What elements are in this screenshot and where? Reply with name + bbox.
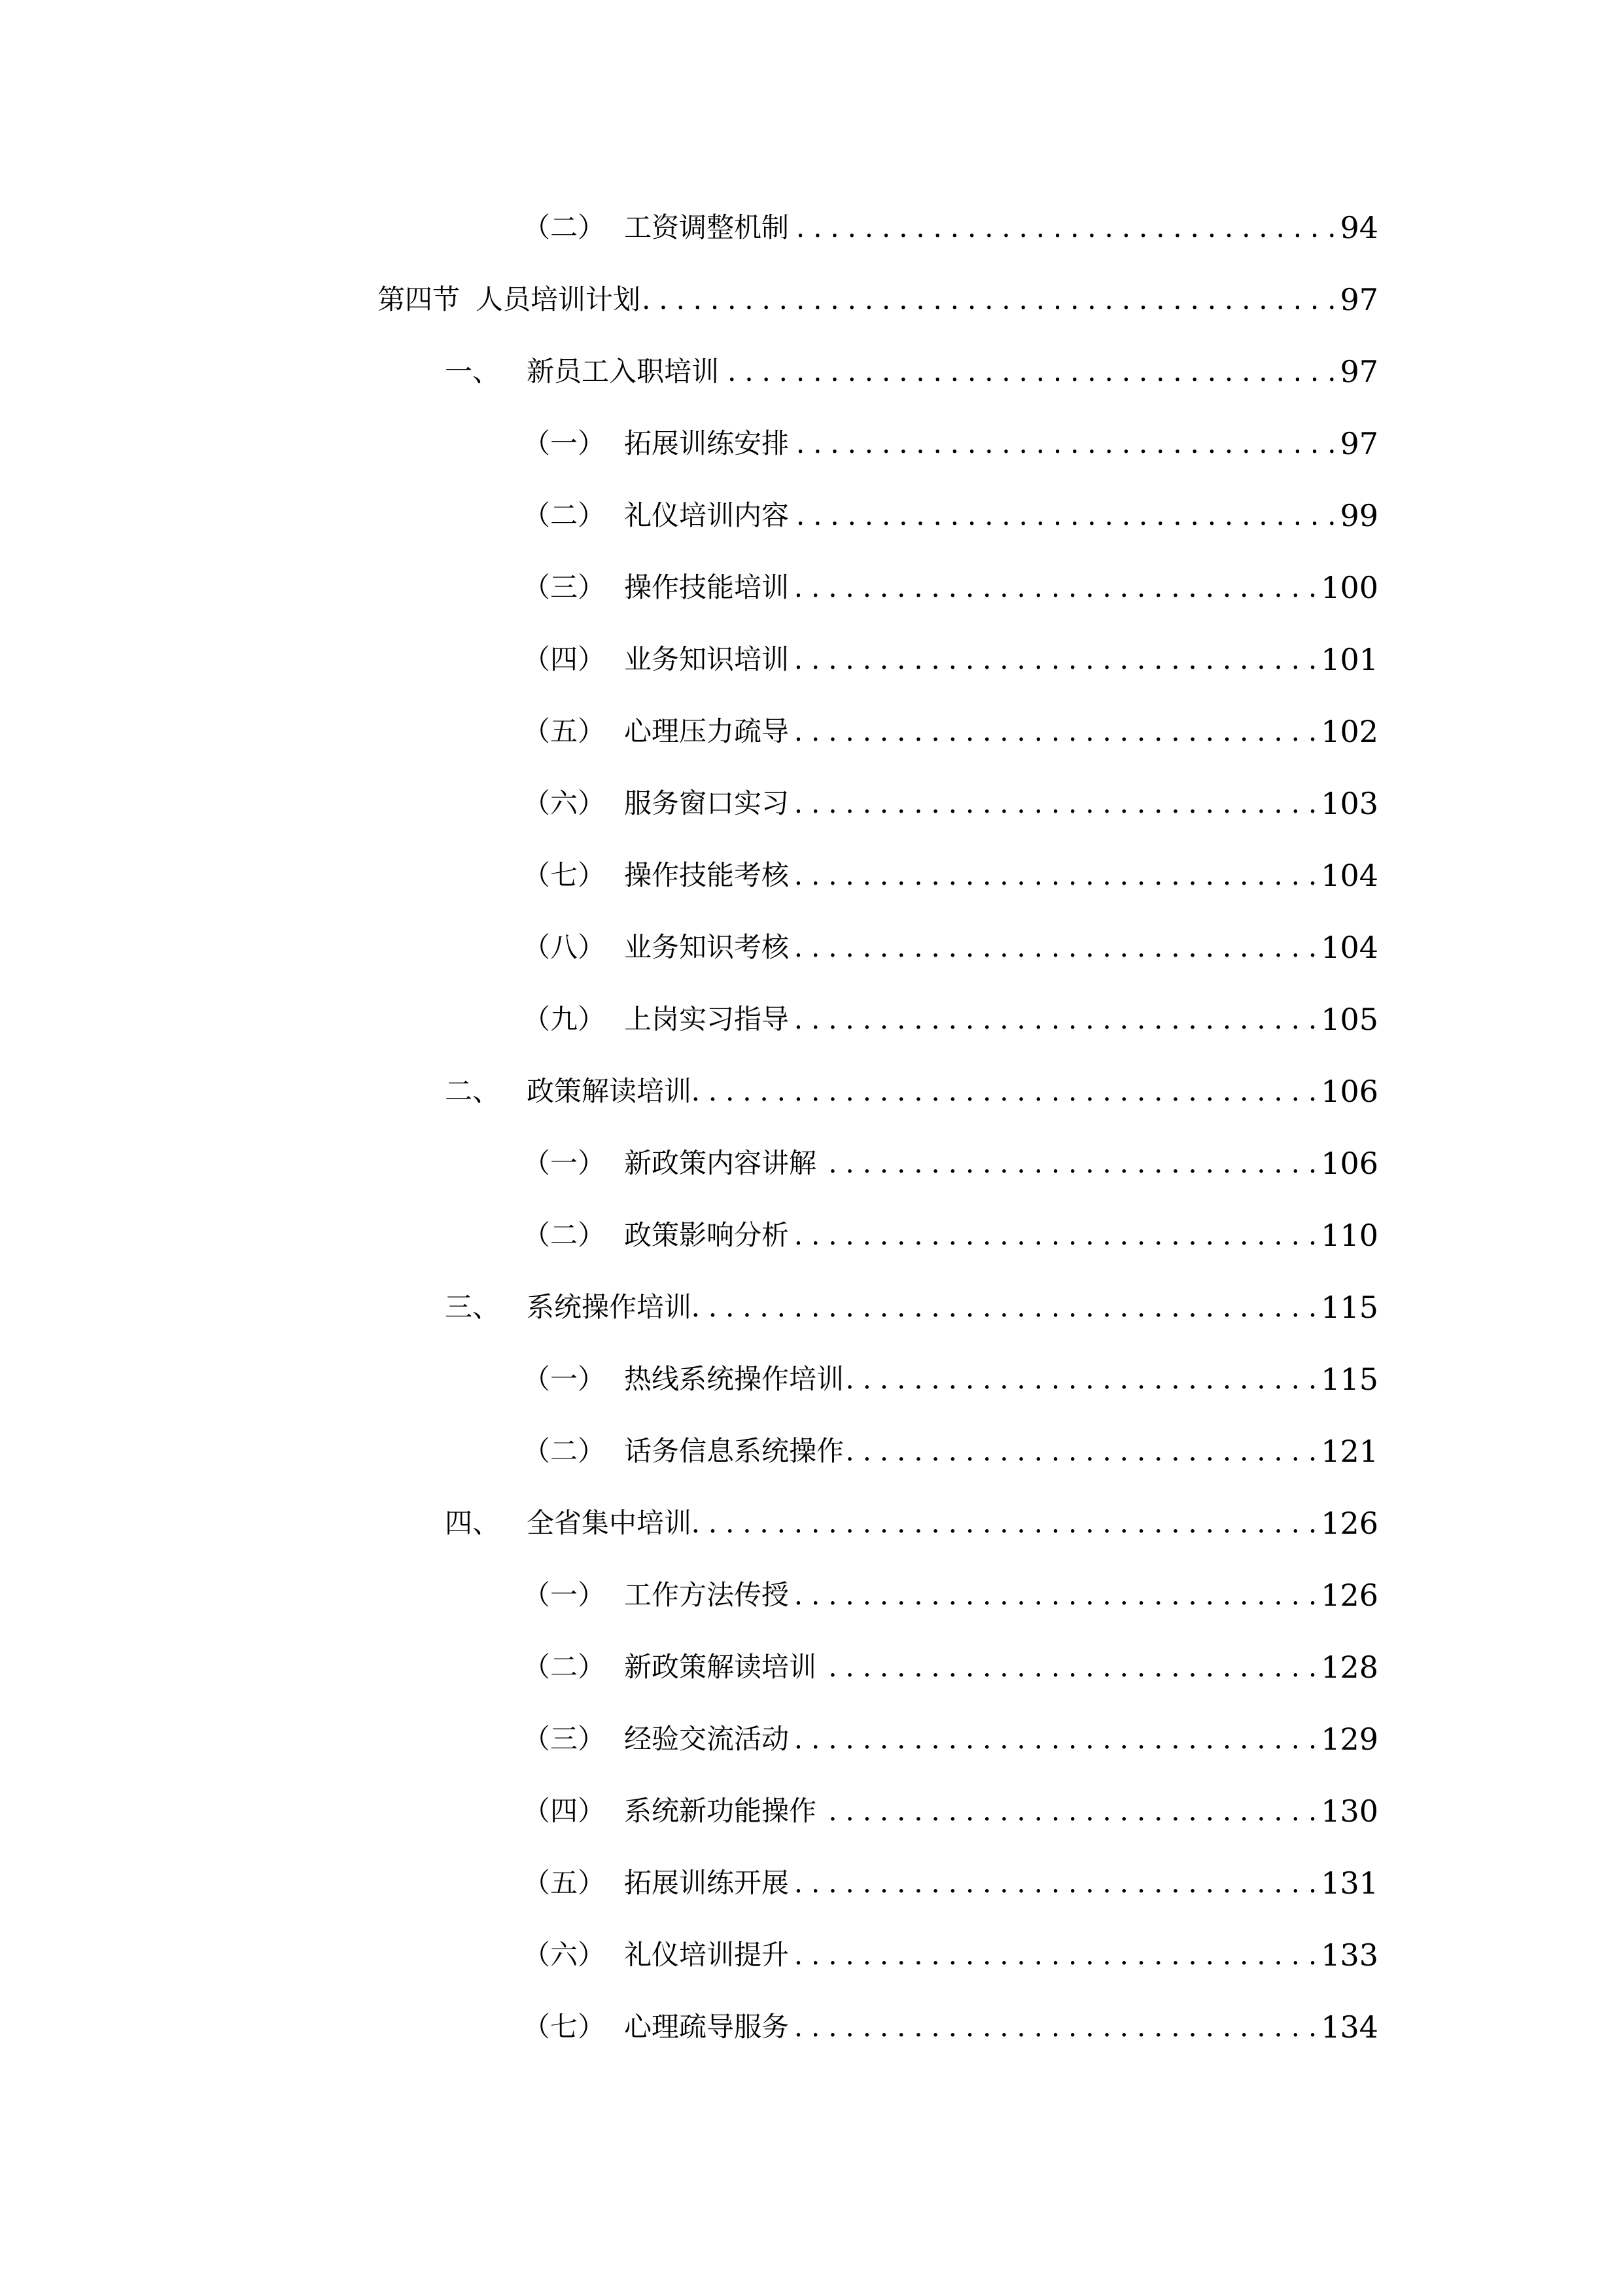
toc-entry-page: 99	[1340, 496, 1378, 535]
dot-leader	[720, 352, 1336, 391]
dot-leader	[818, 1144, 1317, 1183]
toc-entry-number: （四）	[523, 640, 624, 679]
toc-entry-page: 121	[1321, 1432, 1378, 1471]
dot-leader	[790, 1935, 1317, 1975]
toc-entry-title: 人员培训计划	[476, 280, 640, 319]
toc-entry-title: 工作方法传授	[624, 1576, 789, 1615]
toc-entry[interactable]: （一） 新政策内容讲解 106	[377, 1144, 1378, 1216]
toc-entry-number: （九）	[523, 1000, 624, 1039]
toc-entry-title: 上岗实习指导	[624, 1000, 789, 1039]
dot-leader	[642, 280, 1336, 319]
toc-entry-number: （六）	[523, 784, 624, 823]
toc-entry[interactable]: （二） 话务信息系统操作 121	[377, 1432, 1378, 1504]
dot-leader	[818, 1648, 1317, 1687]
dot-leader	[790, 2007, 1317, 2047]
toc-entry[interactable]: （三） 经验交流活动 129	[377, 1720, 1378, 1792]
dot-leader	[790, 784, 1317, 823]
toc-entry[interactable]: （五） 心理压力疏导 102	[377, 712, 1378, 784]
toc-entry-title: 系统操作培训	[527, 1288, 691, 1327]
toc-entry[interactable]: （一） 工作方法传授 126	[377, 1576, 1378, 1648]
dot-leader	[790, 496, 1336, 535]
toc-entry-title: 话务信息系统操作	[624, 1432, 844, 1471]
dot-leader	[845, 1432, 1317, 1471]
toc-entry-title: 操作技能培训	[624, 568, 789, 607]
toc-entry[interactable]: （二） 工资调整机制 94	[377, 208, 1378, 280]
toc-entry-number: （一）	[523, 1144, 624, 1183]
toc-entry-title: 拓展训练开展	[624, 1863, 789, 1903]
toc-entry[interactable]: （六） 服务窗口实习 103	[377, 784, 1378, 856]
toc-entry-page: 134	[1321, 2007, 1378, 2047]
toc-entry[interactable]: 四、 全省集中培训 126	[377, 1504, 1378, 1576]
toc-entry-page: 103	[1321, 784, 1378, 823]
dot-leader	[693, 1288, 1317, 1327]
toc-entry-number: （一）	[523, 424, 624, 463]
toc-entry-title: 工资调整机制	[624, 208, 789, 247]
dot-leader	[790, 1720, 1317, 1759]
dot-leader	[790, 1576, 1317, 1615]
dot-leader	[790, 1863, 1317, 1903]
toc-entry-title: 心理压力疏导	[624, 712, 789, 751]
toc-entry-title: 热线系统操作培训	[624, 1360, 844, 1399]
toc-entry-title: 拓展训练安排	[624, 424, 789, 463]
toc-entry-page: 128	[1321, 1648, 1378, 1687]
toc-entry-number: 二、	[445, 1072, 527, 1111]
toc-entry-title: 业务知识考核	[624, 928, 789, 967]
toc-entry[interactable]: 三、 系统操作培训 115	[377, 1288, 1378, 1360]
toc-entry-page: 97	[1340, 352, 1378, 391]
toc-entry-number: 四、	[445, 1504, 527, 1543]
toc-entry-number: （七）	[523, 856, 624, 895]
toc-entry-number: （三）	[523, 568, 624, 607]
toc-entry-page: 131	[1321, 1863, 1378, 1903]
toc-entry-page: 115	[1321, 1288, 1378, 1327]
toc-entry[interactable]: （九） 上岗实习指导 105	[377, 1000, 1378, 1072]
toc-entry[interactable]: 第四节 人员培训计划 97	[377, 280, 1378, 352]
toc-entry[interactable]: （一） 热线系统操作培训 115	[377, 1360, 1378, 1432]
toc-entry-number: （八）	[523, 928, 624, 967]
toc-entry-page: 102	[1321, 712, 1378, 751]
toc-entry-number: 第四节	[377, 280, 476, 319]
toc-entry-page: 110	[1321, 1216, 1378, 1255]
dot-leader	[790, 208, 1336, 247]
toc-entry-number: （五）	[523, 712, 624, 751]
toc-entry-number: （二）	[523, 208, 624, 247]
toc-entry[interactable]: 二、 政策解读培训 106	[377, 1072, 1378, 1144]
dot-leader	[790, 568, 1317, 607]
toc-entry-page: 101	[1321, 640, 1378, 679]
toc-entry-title: 政策影响分析	[624, 1216, 789, 1255]
dot-leader	[818, 1792, 1317, 1831]
toc-entry[interactable]: （四） 系统新功能操作 130	[377, 1792, 1378, 1863]
toc-entry-number: 三、	[445, 1288, 527, 1327]
toc-entry-title: 礼仪培训内容	[624, 496, 789, 535]
toc-entry-title: 经验交流活动	[624, 1720, 789, 1759]
dot-leader	[790, 928, 1317, 967]
toc-entry-page: 133	[1321, 1935, 1378, 1975]
toc-entry-number: 一、	[445, 352, 527, 391]
toc-entry[interactable]: （一） 拓展训练安排 97	[377, 424, 1378, 496]
toc-entry[interactable]: （五） 拓展训练开展 131	[377, 1863, 1378, 1935]
toc-entry-title: 系统新功能操作	[624, 1792, 816, 1831]
toc-entry-title: 新政策内容讲解	[624, 1144, 816, 1183]
toc-entry-number: （四）	[523, 1792, 624, 1831]
toc-entry-page: 115	[1321, 1360, 1378, 1399]
toc-entry-page: 97	[1340, 280, 1378, 319]
toc-entry-page: 94	[1340, 208, 1378, 247]
toc-entry-page: 104	[1321, 928, 1378, 967]
toc-entry-title: 政策解读培训	[527, 1072, 691, 1111]
toc-entry-page: 100	[1321, 568, 1378, 607]
toc-entry[interactable]: （二） 新政策解读培训 128	[377, 1648, 1378, 1720]
toc-entry-number: （一）	[523, 1360, 624, 1399]
toc-entry-page: 104	[1321, 856, 1378, 895]
dot-leader	[693, 1504, 1317, 1543]
dot-leader	[790, 856, 1317, 895]
table-of-contents: （二） 工资调整机制 94 第四节 人员培训计划 97 一、 新员工入职培训 9…	[377, 208, 1378, 2079]
toc-entry-title: 礼仪培训提升	[624, 1935, 789, 1975]
toc-entry-page: 106	[1321, 1072, 1378, 1111]
toc-entry-title: 新政策解读培训	[624, 1648, 816, 1687]
dot-leader	[790, 712, 1317, 751]
toc-entry-title: 全省集中培训	[527, 1504, 691, 1543]
dot-leader	[693, 1072, 1317, 1111]
toc-entry-title: 服务窗口实习	[624, 784, 789, 823]
toc-entry[interactable]: （二） 政策影响分析 110	[377, 1216, 1378, 1288]
toc-entry[interactable]: （三） 操作技能培训 100	[377, 568, 1378, 640]
toc-entry[interactable]: （七） 心理疏导服务 134	[377, 2007, 1378, 2079]
toc-entry-page: 105	[1321, 1000, 1378, 1039]
dot-leader	[845, 1360, 1317, 1399]
toc-entry-number: （二）	[523, 1432, 624, 1471]
toc-entry-number: （三）	[523, 1720, 624, 1759]
toc-entry-title: 业务知识培训	[624, 640, 789, 679]
toc-entry-page: 106	[1321, 1144, 1378, 1183]
toc-entry[interactable]: （八） 业务知识考核 104	[377, 928, 1378, 1000]
toc-entry-number: （二）	[523, 496, 624, 535]
dot-leader	[790, 1216, 1317, 1255]
toc-entry-page: 126	[1321, 1576, 1378, 1615]
toc-entry-number: （七）	[523, 2007, 624, 2047]
dot-leader	[790, 1000, 1317, 1039]
toc-entry[interactable]: （二） 礼仪培训内容 99	[377, 496, 1378, 568]
toc-entry-page: 129	[1321, 1720, 1378, 1759]
toc-entry-page: 126	[1321, 1504, 1378, 1543]
toc-entry-title: 新员工入职培训	[527, 352, 719, 391]
toc-entry-page: 97	[1340, 424, 1378, 463]
toc-entry-page: 130	[1321, 1792, 1378, 1831]
toc-entry[interactable]: （六） 礼仪培训提升 133	[377, 1935, 1378, 2007]
dot-leader	[790, 424, 1336, 463]
toc-entry[interactable]: （七） 操作技能考核 104	[377, 856, 1378, 928]
toc-entry-title: 操作技能考核	[624, 856, 789, 895]
toc-entry-number: （二）	[523, 1648, 624, 1687]
toc-entry-number: （一）	[523, 1576, 624, 1615]
toc-entry-number: （五）	[523, 1863, 624, 1903]
dot-leader	[790, 640, 1317, 679]
toc-entry-number: （六）	[523, 1935, 624, 1975]
toc-entry-number: （二）	[523, 1216, 624, 1255]
toc-entry[interactable]: （四） 业务知识培训 101	[377, 640, 1378, 712]
toc-entry-title: 心理疏导服务	[624, 2007, 789, 2047]
toc-entry[interactable]: 一、 新员工入职培训 97	[377, 352, 1378, 424]
